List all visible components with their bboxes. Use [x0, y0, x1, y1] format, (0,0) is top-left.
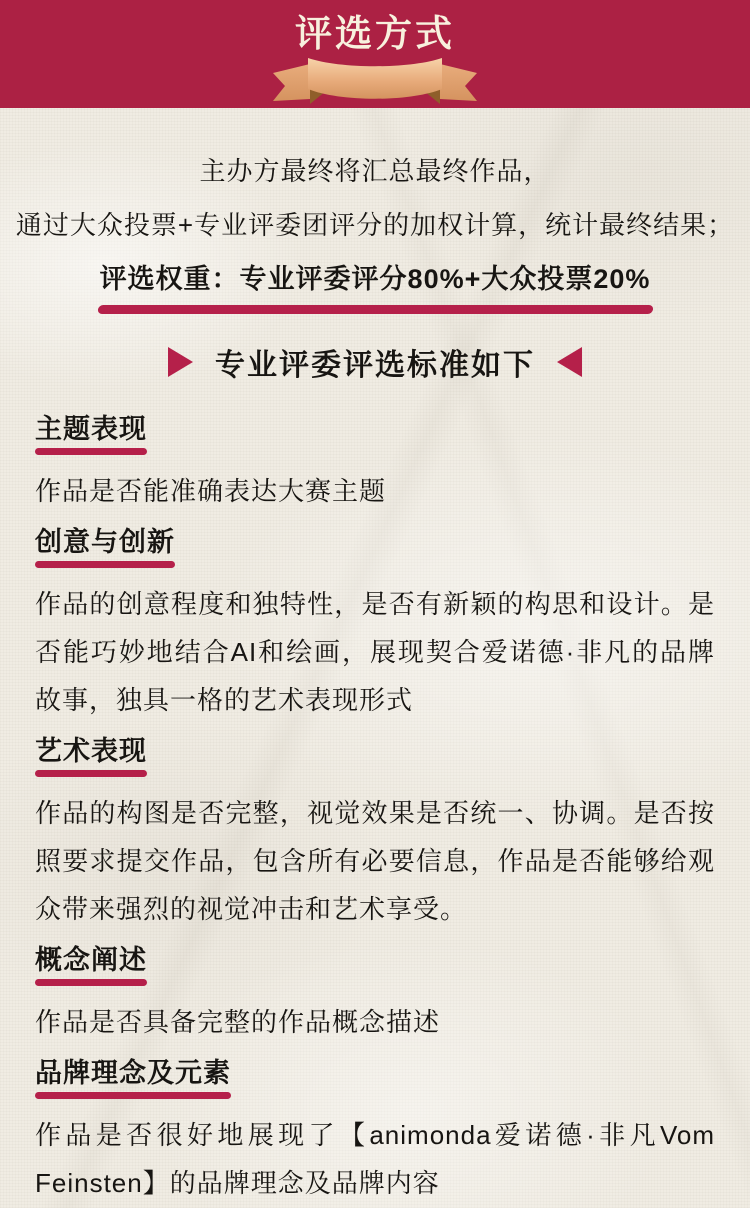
- criteria-header: 专业评委评选标准如下: [0, 340, 750, 384]
- section-concept: 概念阐述 作品是否具备完整的作品概念描述: [35, 945, 715, 1046]
- header-band: 评选方式: [0, 0, 750, 108]
- content: 主办方最终将汇总最终作品， 通过大众投票+专业评委团评分的加权计算，统计最终结果…: [0, 108, 750, 1207]
- heading-underline: [35, 1092, 231, 1099]
- section-body: 作品是否具备完整的作品概念描述: [35, 998, 715, 1046]
- section-heading: 主题表现: [35, 414, 147, 455]
- ribbon-banner-icon: [268, 52, 482, 106]
- section-brand: 品牌理念及元素 作品是否很好地展现了【animonda爱诺德·非凡Vom Fei…: [35, 1058, 715, 1207]
- section-heading-text: 主题表现: [35, 414, 147, 444]
- section-artistic: 艺术表现 作品的构图是否完整，视觉效果是否统一、协调。是否按照要求提交作品，包含…: [35, 736, 715, 933]
- weight-line: 评选权重：专业评委评分80%+大众投票20%: [98, 254, 653, 314]
- section-heading-text: 艺术表现: [35, 736, 147, 766]
- section-heading: 品牌理念及元素: [35, 1058, 231, 1099]
- heading-underline: [35, 561, 175, 568]
- section-heading-text: 品牌理念及元素: [35, 1058, 231, 1088]
- section-body: 作品的创意程度和独特性，是否有新颖的构思和设计。是否能巧妙地结合AI和绘画，展现…: [35, 580, 715, 724]
- heading-underline: [35, 448, 147, 455]
- section-creativity: 创意与创新 作品的创意程度和独特性，是否有新颖的构思和设计。是否能巧妙地结合AI…: [35, 527, 715, 724]
- criteria-title: 专业评委评选标准如下: [215, 340, 535, 384]
- section-body: 作品是否能准确表达大赛主题: [35, 467, 715, 515]
- page-title: 评选方式: [0, 0, 750, 55]
- right-pointing-triangle-icon: [168, 347, 193, 377]
- section-heading-text: 概念阐述: [35, 945, 147, 975]
- intro-line-2: 通过大众投票+专业评委团评分的加权计算，统计最终结果；: [0, 198, 750, 252]
- weight-underline: [97, 305, 653, 314]
- intro-line-1: 主办方最终将汇总最终作品，: [0, 144, 750, 198]
- section-theme: 主题表现 作品是否能准确表达大赛主题: [35, 414, 715, 515]
- intro-section: 主办方最终将汇总最终作品， 通过大众投票+专业评委团评分的加权计算，统计最终结果…: [0, 108, 750, 314]
- heading-underline: [35, 770, 147, 777]
- heading-underline: [35, 979, 147, 986]
- weight-text: 评选权重：专业评委评分80%+大众投票20%: [98, 254, 653, 304]
- section-heading-text: 创意与创新: [35, 527, 175, 557]
- section-body: 作品的构图是否完整，视觉效果是否统一、协调。是否按照要求提交作品，包含所有必要信…: [35, 789, 715, 933]
- section-body: 作品是否很好地展现了【animonda爱诺德·非凡Vom Feinsten】的品…: [35, 1111, 715, 1207]
- section-heading: 创意与创新: [35, 527, 175, 568]
- left-pointing-triangle-icon: [557, 347, 582, 377]
- poster-page: 评选方式 主办方最终: [0, 0, 750, 1208]
- section-heading: 概念阐述: [35, 945, 147, 986]
- criteria-sections: 主题表现 作品是否能准确表达大赛主题 创意与创新 作品的创意程度和独特性，是否有…: [0, 414, 750, 1207]
- section-heading: 艺术表现: [35, 736, 147, 777]
